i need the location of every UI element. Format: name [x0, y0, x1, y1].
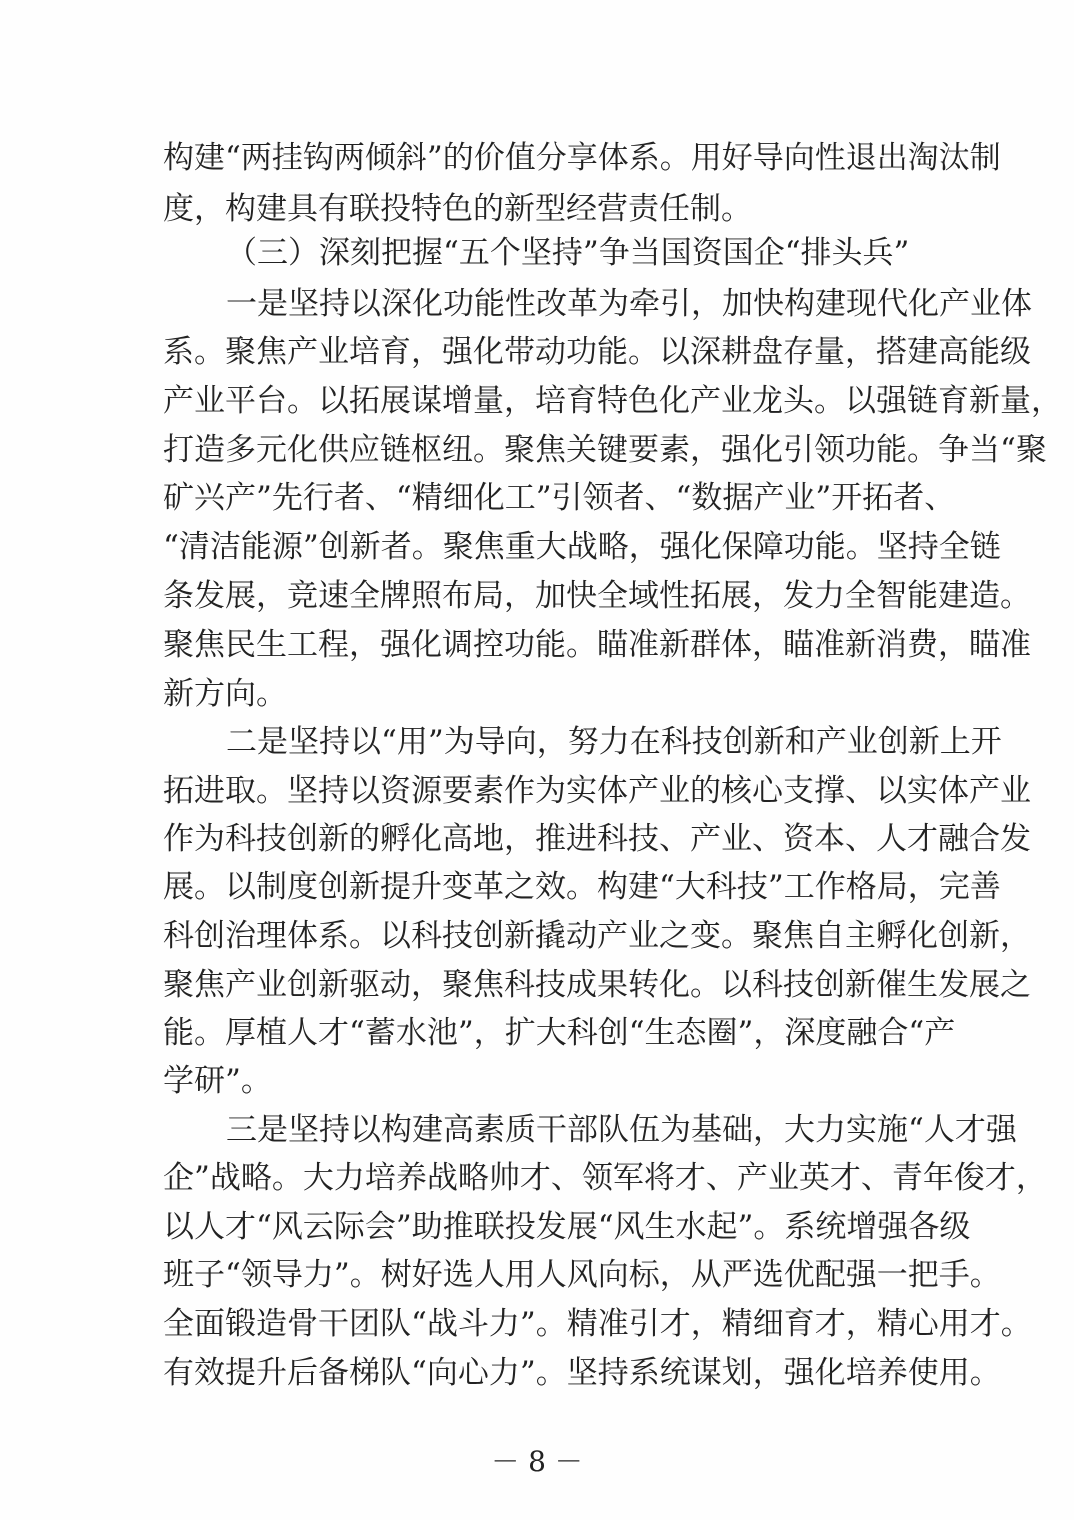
- paragraph-line: 全面锻造骨干团队“战斗力”。精准引才，精细育才，精心用才。: [163, 1304, 915, 1344]
- paragraph-line: 拓进取。坚持以资源要素作为实体产业的核心支撑、以实体产业: [163, 771, 915, 811]
- paragraph-line: 以人才“风云际会”助推联投发展“风生水起”。系统增强各级: [163, 1207, 915, 1247]
- paragraph-line: 聚焦产业创新驱动，聚焦科技成果转化。以科技创新催生发展之: [163, 965, 915, 1005]
- paragraph-line: 学研”。: [163, 1061, 915, 1101]
- paragraph-line: 打造多元化供应链枢纽。聚焦关键要素，强化引领功能。争当“聚: [163, 430, 915, 470]
- paragraph-line: 构建“两挂钩两倾斜”的价值分享体系。用好导向性退出淘汰制: [163, 138, 915, 178]
- paragraph-line: 三是坚持以构建高素质干部队伍为基础，大力实施“人才强: [226, 1110, 915, 1150]
- paragraph-line: 度，构建具有联投特色的新型经营责任制。: [163, 189, 915, 229]
- paragraph-line: 企”战略。大力培养战略帅才、领军将才、产业英才、青年俊才，: [163, 1158, 915, 1198]
- paragraph-line: 二是坚持以“用”为导向，努力在科技创新和产业创新上开: [226, 722, 915, 762]
- paragraph-line: 系。聚焦产业培育，强化带动功能。以深耕盘存量，搭建高能级: [163, 332, 915, 372]
- paragraph-line: 矿兴产”先行者、“精细化工”引领者、“数据产业”开拓者、: [163, 478, 915, 518]
- paragraph-line: 条发展，竞速全牌照布局，加快全域性拓展，发力全智能建造。: [163, 576, 915, 616]
- paragraph-line: 班子“领导力”。树好选人用人风向标，从严选优配强一把手。: [163, 1255, 915, 1295]
- paragraph-line: 科创治理体系。以科技创新撬动产业之变。聚焦自主孵化创新，: [163, 916, 915, 956]
- paragraph-line: 一是坚持以深化功能性改革为牵引，加快构建现代化产业体: [226, 284, 915, 324]
- page-number: － 8 －: [0, 1444, 1074, 1480]
- paragraph-line: 产业平台。以拓展谋增量，培育特色化产业龙头。以强链育新量，: [163, 381, 915, 421]
- paragraph-line: 有效提升后备梯队“向心力”。坚持系统谋划，强化培养使用。: [163, 1353, 915, 1393]
- paragraph-line: 展。以制度创新提升变革之效。构建“大科技”工作格局，完善: [163, 867, 915, 907]
- paragraph-line: 新方向。: [163, 674, 915, 714]
- paragraph-line: 能。厚植人才“蓄水池”，扩大科创“生态圈”，深度融合“产: [163, 1013, 915, 1053]
- paragraph-line: “清洁能源”创新者。聚焦重大战略，强化保障功能。坚持全链: [163, 527, 915, 567]
- document-page: 构建“两挂钩两倾斜”的价值分享体系。用好导向性退出淘汰制 度，构建具有联投特色的…: [0, 0, 1074, 1520]
- paragraph-line: 聚焦民生工程，强化调控功能。瞄准新群体，瞄准新消费，瞄准: [163, 625, 915, 665]
- paragraph-line: 作为科技创新的孵化高地，推进科技、产业、资本、人才融合发: [163, 819, 915, 859]
- section-heading: （三）深刻把握“五个坚持”争当国资国企“排头兵”: [226, 233, 856, 273]
